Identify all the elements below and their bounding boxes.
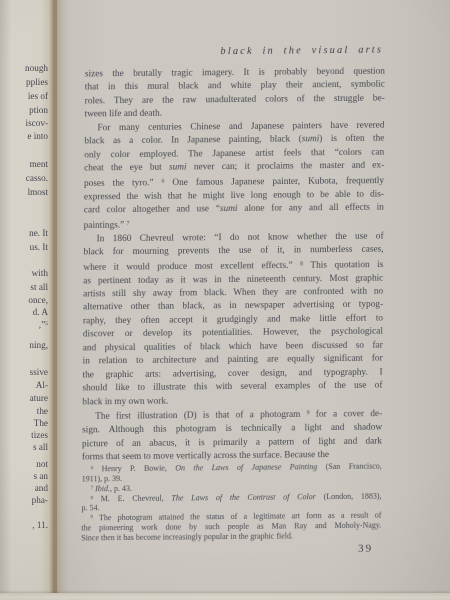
facing-page-text-fragment: the: [37, 405, 48, 417]
facing-page-text-fragment: us. It: [30, 241, 48, 253]
text-run: expressed the wish that he might live lo…: [84, 189, 384, 202]
facing-page-text-fragment: s all: [33, 441, 48, 453]
facing-page-text-fragment: ,”5: [39, 318, 48, 331]
facing-page-text-fragment: once,: [28, 294, 48, 306]
text-run: This quotation is: [303, 260, 383, 271]
facing-page-text-fragment: tizes: [31, 429, 48, 441]
text-run: In 1860 Chevreul wrote: “I do not know w…: [97, 231, 384, 244]
facing-page-text-fragment: ies of: [28, 90, 48, 102]
text-run: alternative other than black, as in news…: [83, 300, 383, 313]
text-run: cheat the eye but: [84, 163, 169, 174]
facing-page-text-fragment: pplies: [26, 76, 48, 88]
facing-page-text-fragment: iscov-: [26, 117, 48, 129]
text-run: (San Francisco,: [317, 462, 382, 472]
text-run: Since then it has become increasingly po…: [81, 531, 293, 542]
facing-page-text-fragment: , 11.: [32, 519, 48, 531]
text-run: sumi: [220, 204, 238, 214]
text-line: Since then it has become increasingly po…: [81, 530, 381, 543]
text-run: alone for any and all effects in: [237, 203, 383, 214]
footnote: 9 The photogram attained the status of a…: [81, 511, 381, 543]
text-run: p. 54.: [81, 504, 99, 513]
text-run: forms that seem to move vertically acros…: [82, 450, 329, 462]
text-run: for a cover de-: [310, 409, 383, 420]
book-page: black in the visual arts sizes the bruta…: [57, 0, 450, 600]
facing-page-text-fragment: casso.: [26, 172, 48, 184]
text-run: black for mourning prevents the use of i…: [83, 245, 383, 258]
facing-page-text-fragment: Al-: [36, 379, 48, 391]
text-line: card color altogether and use “sumi alon…: [84, 202, 384, 218]
text-run: For many centuries Chinese and Japanese …: [97, 120, 384, 133]
footnote-marker: 7: [127, 221, 130, 227]
book-page-photo: noughppliesies ofptioniscov-e intomentca…: [0, 0, 450, 600]
text-run: tween life and death.: [85, 109, 163, 120]
text-run: as pertinent today as it was in the nine…: [83, 273, 383, 286]
text-run: the pioneering work done by such people …: [81, 521, 381, 533]
text-run: 1911), p. 39.: [82, 474, 122, 483]
gutter-shadow: [49, 0, 61, 600]
running-head: black in the visual arts: [220, 45, 383, 58]
paragraph: sizes the brutally tragic imagery. It is…: [85, 66, 385, 123]
footnote-marker: 5: [45, 321, 48, 327]
facing-page-text-fragment: lmost: [28, 186, 48, 198]
page-number: 39: [358, 543, 373, 555]
page-content: black in the visual arts sizes the bruta…: [81, 0, 386, 600]
facing-page-text-fragment: s an: [33, 470, 48, 482]
facing-page-text-fragment: and: [35, 482, 48, 494]
text-run: Ibid.: [95, 484, 110, 493]
paragraph: The first illustration (D) is that of a …: [82, 407, 382, 465]
text-run: ) is often the: [319, 134, 384, 145]
body-text: sizes the brutally tragic imagery. It is…: [82, 66, 385, 465]
facing-page-text-fragment: ature: [30, 392, 48, 404]
text-run: black as a color. In Japanese painting, …: [84, 135, 301, 147]
text-run: discover or develop its potentialities. …: [83, 327, 383, 340]
text-run: M. E. Chevreul,: [93, 493, 171, 503]
text-run: The first illustration (D) is that of a …: [95, 410, 307, 422]
text-run: (London, 1883),: [316, 491, 382, 501]
facing-page-text-fragment: e into: [27, 130, 48, 142]
text-run: sumi: [302, 134, 320, 144]
facing-page-text-fragment: nough: [25, 62, 48, 74]
text-run: sign. Although this photogram is technic…: [82, 423, 382, 436]
facing-page-text-fragment: ssive: [30, 366, 48, 378]
text-run: roles. They are the raw unadulterated co…: [85, 93, 385, 106]
text-run: the graphic arts: advertising, cover des…: [82, 367, 382, 380]
facing-page-text-fragment: ne. It: [29, 227, 48, 239]
text-run: sumi: [169, 163, 187, 173]
text-run: that in this mural black and white play …: [85, 80, 385, 93]
facing-page-text-fragment: pha-: [32, 494, 48, 506]
facing-page-text-fragment: with: [32, 267, 48, 279]
facing-page-text-fragment: The: [34, 417, 48, 429]
text-run: never can; it proclaims the master and e…: [187, 161, 385, 173]
text-run: raphy, they often accept it grudgingly a…: [83, 313, 383, 326]
text-run: sizes the brutally tragic imagery. It is…: [85, 67, 385, 80]
paragraph: In 1860 Chevreul wrote: “I do not know w…: [82, 230, 383, 409]
facing-page-text-fragment: d. A: [33, 306, 48, 318]
text-run: only color employed. The Japanese artist…: [84, 147, 384, 160]
facing-page-text-fragment: st all: [30, 281, 48, 293]
text-run: card color altogether and use “: [84, 204, 220, 215]
text-run: One famous Japanese painter, Kubota, fre…: [164, 176, 384, 188]
text-run: The Laws of the Contrast of Color: [171, 492, 315, 502]
text-run: paintings.”: [84, 220, 127, 230]
text-run: in relation to architecture and painting…: [83, 354, 383, 367]
text-run: On the Laws of Japanese Painting: [175, 462, 317, 472]
text-run: and physical qualities of black which ha…: [83, 340, 383, 353]
text-run: artists still shy away from black. When …: [83, 287, 383, 300]
text-run: should like to illustrate this with seve…: [82, 381, 382, 394]
text-line: should like to illustrate this with seve…: [82, 380, 382, 396]
text-run: poses the tyro.”: [84, 178, 162, 189]
facing-page-text-fragment: ment: [30, 158, 48, 170]
page-bottom-edges: [0, 593, 450, 600]
text-run: , p. 43.: [110, 484, 132, 493]
facing-page-text-fragment: ning,: [29, 339, 48, 351]
text-run: picture of an abacus, it is primarily a …: [82, 436, 382, 449]
text-run: black in my own work.: [82, 396, 168, 407]
facing-page-text-fragment: ption: [29, 104, 48, 116]
footnotes: 6 Henry P. Bowie, On the Laws of Japanes…: [81, 462, 382, 543]
paragraph: For many centuries Chinese and Japanese …: [84, 119, 385, 233]
text-run: Henry P. Bowie,: [93, 464, 175, 474]
text-run: where it would produce most excellent ef…: [83, 260, 300, 272]
facing-page-text-fragment: not: [36, 458, 48, 470]
